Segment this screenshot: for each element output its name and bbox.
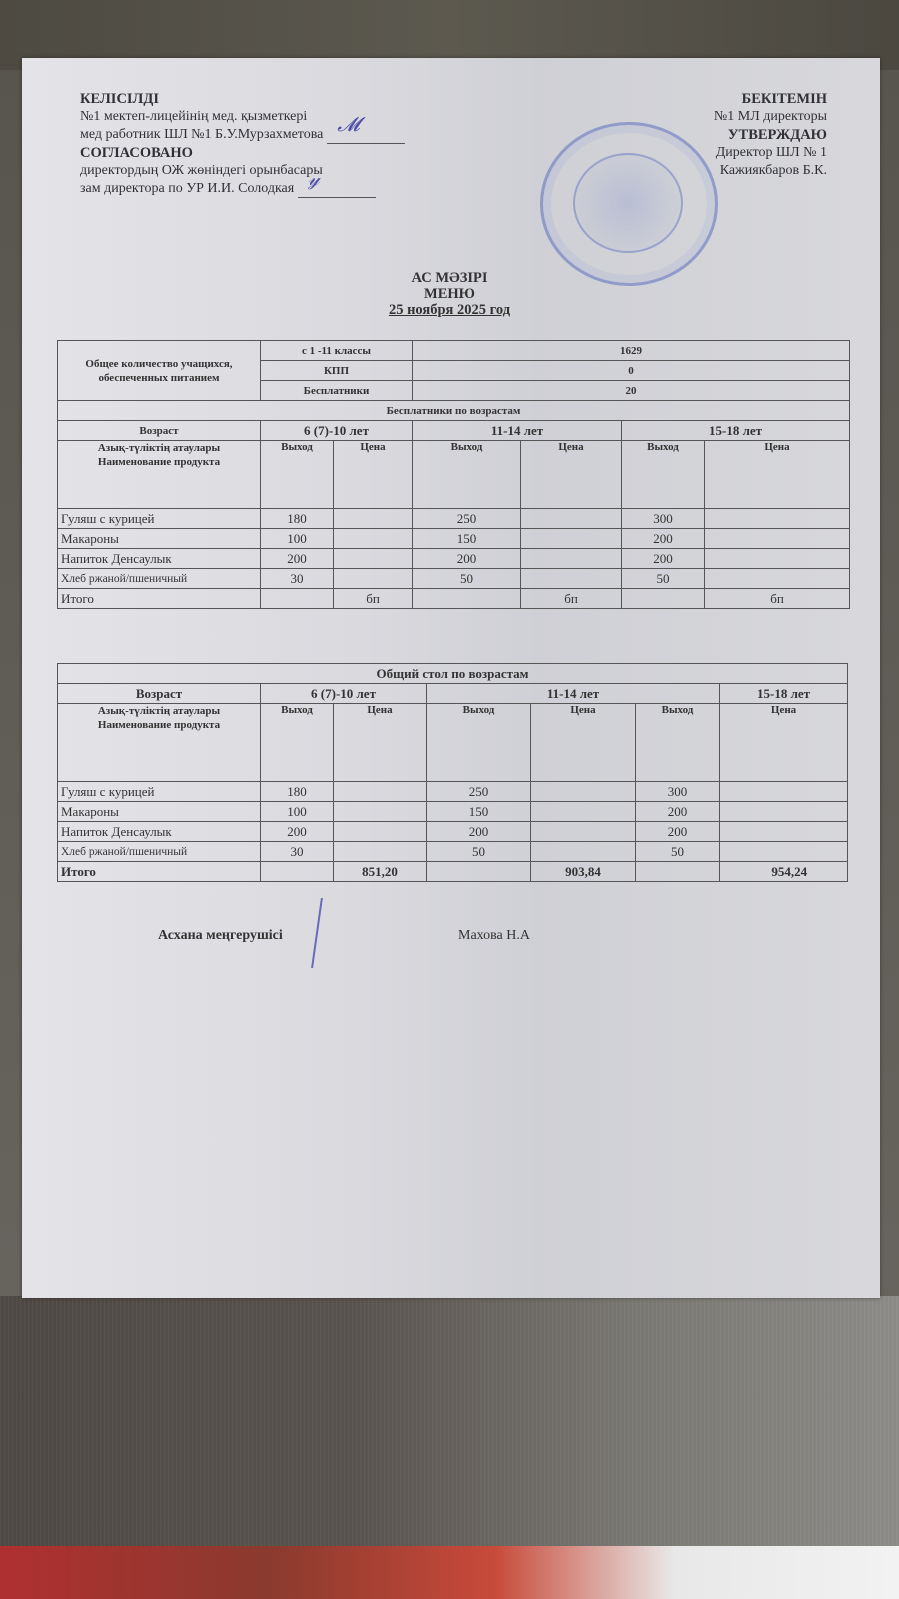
output-value: 180 [261,782,334,802]
product-header: Азық-түліктің атауларыНаименование проду… [58,704,261,782]
output-value: 100 [261,802,334,822]
signature-icon: 𝓎 [308,169,320,187]
col-price: Цена [521,441,622,509]
background-floor [0,1546,899,1599]
total-value: 903,84 [531,862,636,882]
output-value: 250 [427,782,531,802]
age-group: 11-14 лет [427,684,720,704]
col-price: Цена [720,704,848,782]
summary-row-value: 1629 [413,341,850,361]
output-value: 200 [622,549,705,569]
product-row: Гуляш с курицей180250300 [58,509,850,529]
approve-line-2: Директор ШЛ № 1 [527,144,827,162]
approve-line-3: Кажиякбаров Б.К. [527,162,827,180]
total-label: Итого [58,589,261,609]
col-price: Цена [334,441,413,509]
price-value [531,842,636,862]
age-group: 6 (7)-10 лет [261,421,413,441]
output-value: 200 [261,549,334,569]
price-value [705,509,850,529]
general-meals-table: Общий стол по возрастам Возраст 6 (7)-10… [57,663,848,882]
price-value [334,782,427,802]
col-price: Цена [705,441,850,509]
col-output: Выход [622,441,705,509]
output-value: 200 [413,549,521,569]
col-output: Выход [413,441,521,509]
agreed-kz-heading: КЕЛІСІЛДІ [80,90,480,108]
output-value: 200 [622,529,705,549]
age-header-row: Возраст 6 (7)-10 лет 11-14 лет 15-18 лет [58,684,848,704]
output-value: 50 [413,569,521,589]
section-title: Бесплатники по возрастам [58,401,850,421]
output-value: 100 [261,529,334,549]
output-value: 250 [413,509,521,529]
section-title: Общий стол по возрастам [58,664,848,684]
price-value [705,549,850,569]
price-value [334,529,413,549]
agreed-line-4: зам директора по УР И.И. Солодкая𝓎 [80,180,480,198]
product-row: Хлеб ржаной/пшеничный305050 [58,569,850,589]
agreed-line-2: мед работник ШЛ №1 Б.У.Мурзахметова𝓜 [80,126,480,144]
output-value: 150 [427,802,531,822]
cafeteria-manager-name: Махова Н.А [458,928,530,944]
output-value: 50 [636,842,720,862]
output-value: 50 [622,569,705,589]
price-value [720,802,848,822]
product-row: Макароны100150200 [58,529,850,549]
summary-row-name: КПП [261,361,413,381]
price-value [334,509,413,529]
price-value [334,549,413,569]
product-row: Гуляш с курицей180250300 [58,782,848,802]
price-value [521,549,622,569]
col-output: Выход [261,704,334,782]
output-value: 300 [622,509,705,529]
agreed-ru-heading: СОГЛАСОВАНО [80,144,480,162]
product-row: Хлеб ржаной/пшеничный305050 [58,842,848,862]
column-header-row: Азық-түліктің атауларыНаименование проду… [58,441,850,509]
age-group: 11-14 лет [413,421,622,441]
total-value: бп [705,589,850,609]
price-value [531,822,636,842]
product-name: Хлеб ржаной/пшеничный [58,842,261,862]
output-value: 180 [261,509,334,529]
price-value [531,782,636,802]
product-name: Гуляш с курицей [58,782,261,802]
product-name: Хлеб ржаной/пшеничный [58,569,261,589]
total-value: 851,20 [334,862,427,882]
price-value [521,529,622,549]
age-label: Возраст [58,684,261,704]
approve-kz-heading: БЕКІТЕМІН [527,90,827,108]
product-name: Напиток Денсаулык [58,549,261,569]
output-value: 30 [261,569,334,589]
agreed-line-1: №1 мектеп-лицейінің мед. қызметкері [80,108,480,126]
title-kz: АС МӘЗІРІ [0,270,899,286]
price-value [521,509,622,529]
signature-line: 𝓜 [327,129,405,144]
col-output: Выход [636,704,720,782]
col-price: Цена [531,704,636,782]
price-value [720,842,848,862]
output-value: 200 [636,802,720,822]
price-value [705,529,850,549]
summary-row: Общее количество учащихся, обеспеченных … [58,341,850,361]
product-name: Напиток Денсаулык [58,822,261,842]
approve-ru-heading: УТВЕРЖДАЮ [527,126,827,144]
document-title: АС МӘЗІРІ МЕНЮ 25 ноября 2025 год [0,270,899,318]
price-value [334,822,427,842]
age-header-row: Возраст 6 (7)-10 лет 11-14 лет 15-18 лет [58,421,850,441]
section-title-row: Бесплатники по возрастам [58,401,850,421]
signature-icon: 𝓜 [337,115,359,133]
cafeteria-manager-label: Асхана меңгерушісі [158,928,283,944]
agreed-line-3: директордың ОЖ жөніндегі орынбасары [80,162,480,180]
total-value: бп [521,589,622,609]
summary-row-value: 0 [413,361,850,381]
price-value [334,569,413,589]
price-value [705,569,850,589]
price-value [521,569,622,589]
price-value [531,802,636,822]
approval-block: БЕКІТЕМІН №1 МЛ директоры УТВЕРЖДАЮ Дире… [527,90,827,180]
column-header-row: Азық-түліктің атауларыНаименование проду… [58,704,848,782]
output-value: 200 [261,822,334,842]
menu-date: 25 ноября 2025 год [0,302,899,318]
summary-row-value: 20 [413,381,850,401]
output-value: 200 [427,822,531,842]
total-row: Итого 851,20 903,84 954,24 [58,862,848,882]
product-name: Макароны [58,529,261,549]
col-output: Выход [427,704,531,782]
output-value: 150 [413,529,521,549]
age-group: 6 (7)-10 лет [261,684,427,704]
price-value [720,822,848,842]
product-name: Макароны [58,802,261,822]
agreement-block: КЕЛІСІЛДІ №1 мектеп-лицейінің мед. қызме… [80,90,480,198]
product-name: Гуляш с курицей [58,509,261,529]
col-output: Выход [261,441,334,509]
title-ru: МЕНЮ [0,286,899,302]
age-group: 15-18 лет [622,421,850,441]
product-row: Макароны100150200 [58,802,848,822]
product-header: Азық-түліктің атауларыНаименование проду… [58,441,261,509]
metal-counter [0,1296,899,1546]
approve-line-1: №1 МЛ директоры [527,108,827,126]
product-row: Напиток Денсаулык200200200 [58,822,848,842]
total-value: 954,24 [720,862,848,882]
free-meals-table: Общее количество учащихся, обеспеченных … [57,340,850,609]
total-value: бп [334,589,413,609]
output-value: 30 [261,842,334,862]
col-price: Цена [334,704,427,782]
price-value [334,842,427,862]
price-value [720,782,848,802]
summary-row-name: Бесплатники [261,381,413,401]
product-row: Напиток Денсаулык200200200 [58,549,850,569]
age-group: 15-18 лет [720,684,848,704]
summary-label: Общее количество учащихся, обеспеченных … [58,341,261,401]
price-value [334,802,427,822]
total-row: Итого бп бп бп [58,589,850,609]
age-label: Возраст [58,421,261,441]
summary-row-name: с 1 -11 классы [261,341,413,361]
total-label: Итого [58,862,261,882]
output-value: 50 [427,842,531,862]
output-value: 300 [636,782,720,802]
section-title-row: Общий стол по возрастам [58,664,848,684]
output-value: 200 [636,822,720,842]
signature-line: 𝓎 [298,183,376,198]
